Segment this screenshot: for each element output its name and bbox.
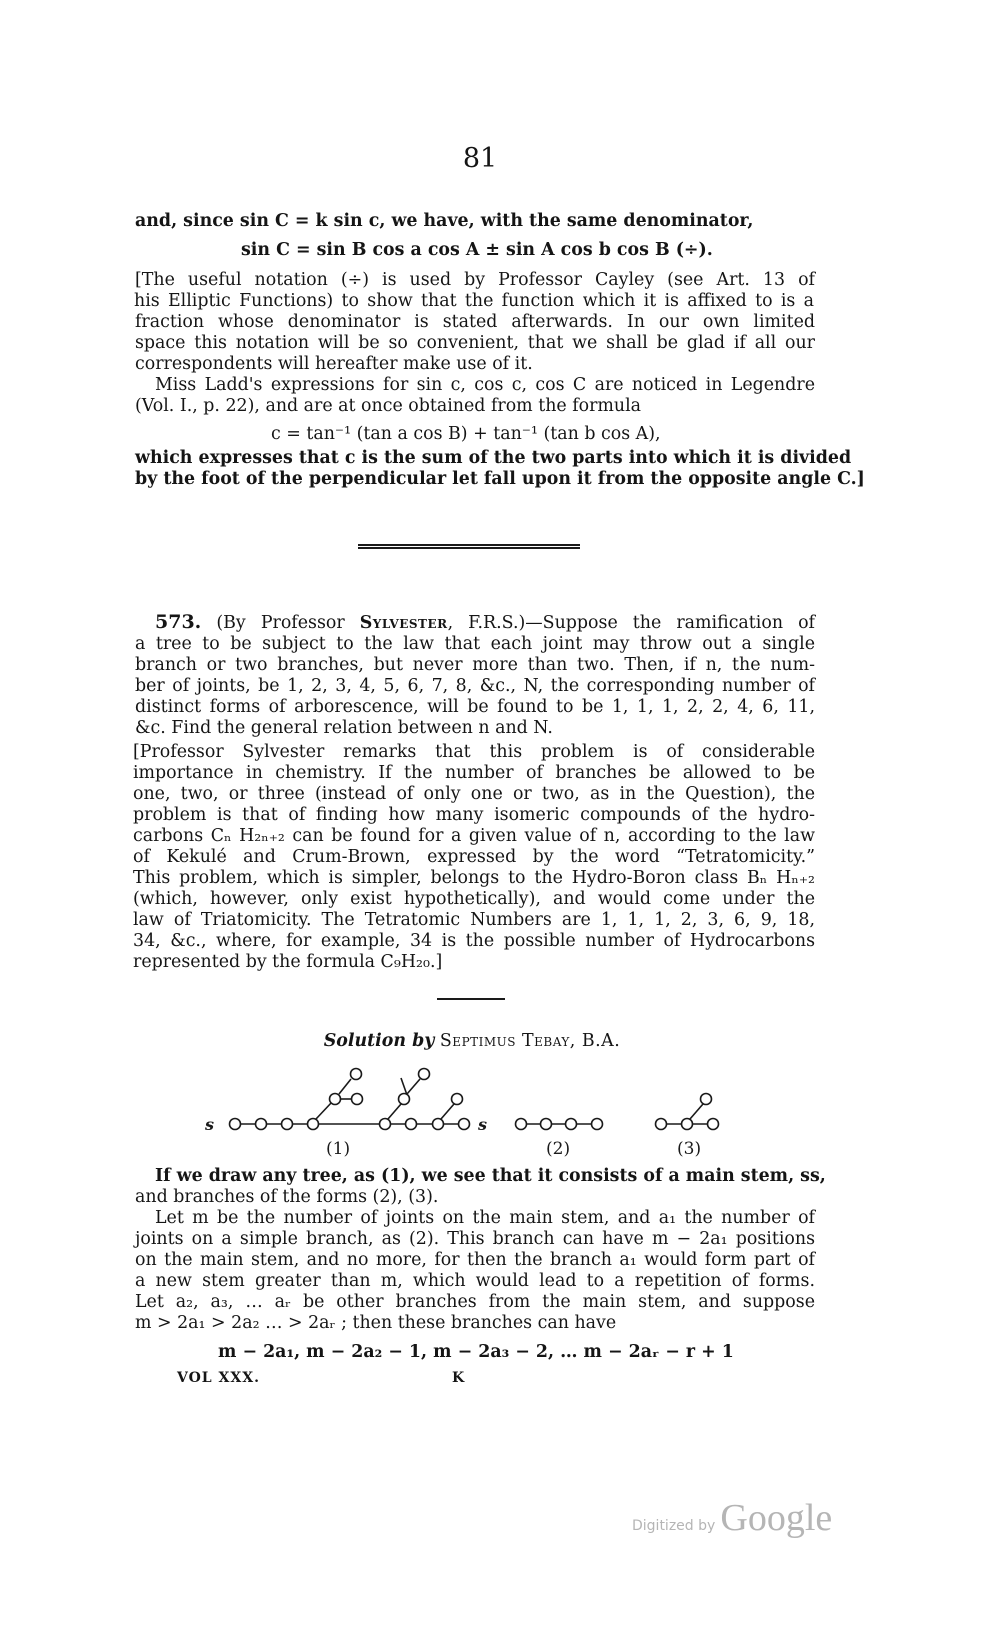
remark-line: 34, &c., where, for example, 34 is the p… <box>133 931 815 952</box>
question-line: &c. Find the general relation between n … <box>135 718 815 739</box>
digitized-watermark: Digitized by Google <box>632 1496 832 1540</box>
remark-line: importance in chemistry. If the number o… <box>133 763 815 784</box>
question-line: distinct forms of arborescence, will be … <box>135 697 815 718</box>
question-author-suffix: , F.R.S.)—Suppose the ramification of <box>448 613 815 633</box>
section-divider <box>437 998 505 1000</box>
remark-line: one, two, or three (instead of only one … <box>133 784 815 805</box>
solution-author: Septimus Tebay, B.A. <box>440 1031 620 1051</box>
equation: m − 2a₁, m − 2a₂ − 1, m − 2a₃ − 2, … m −… <box>218 1342 734 1363</box>
question-line: branch or two branches, but never more t… <box>135 655 815 676</box>
figure-label-2: (2) <box>546 1139 570 1159</box>
remark-line: problem is that of finding how many isom… <box>133 805 815 826</box>
text-line: and, since sin C = k sin c, we have, wit… <box>135 211 815 232</box>
solution-line: Let m be the number of joints on the mai… <box>155 1208 815 1229</box>
solution-line: and branches of the forms (2), (3). <box>135 1187 815 1208</box>
question-number: 573. <box>155 611 201 633</box>
note-line: space this notation will be so convenien… <box>135 333 815 354</box>
solution-heading: Solution by Septimus Tebay, B.A. <box>0 1031 944 1052</box>
solution-line: joints on a simple branch, as (2). This … <box>135 1229 815 1250</box>
text-line: (Vol. I., p. 22), and are at once obtain… <box>135 396 815 417</box>
stem-label-right: s <box>477 1115 487 1134</box>
tree-figure: s s (1) (2) (3) <box>195 1060 735 1160</box>
question-author: Sylvester <box>360 613 448 633</box>
equation: sin C = sin B cos a cos A ± sin A cos b … <box>241 240 713 261</box>
note-line: correspondents will hereafter make use o… <box>135 354 815 375</box>
question-author-prefix: (By Professor <box>216 613 359 633</box>
solution-line: m > 2a₁ > 2a₂ … > 2aᵣ ; then these branc… <box>135 1313 815 1334</box>
remark-line: [Professor Sylvester remarks that this p… <box>133 742 815 763</box>
remark-line: (which, however, only exist hypothetical… <box>133 889 815 910</box>
question-line: a tree to be subject to the law that eac… <box>135 634 815 655</box>
question-header: 573. (By Professor Sylvester, F.R.S.)—Su… <box>155 612 815 634</box>
solution-heading-prefix: Solution by <box>324 1031 435 1051</box>
page-number: 81 <box>0 143 960 174</box>
solution-line: on the main stem, and no more, for then … <box>135 1250 815 1271</box>
remark-line: of Kekulé and Crum-Brown, expressed by t… <box>133 847 815 868</box>
watermark-prefix: Digitized by <box>632 1518 715 1534</box>
note-line: [The useful notation (÷) is used by Prof… <box>135 270 815 291</box>
stem-label-left: s <box>204 1115 214 1134</box>
section-divider <box>358 544 580 549</box>
figure-label-3: (3) <box>677 1139 701 1159</box>
question-line: ber of joints, be 1, 2, 3, 4, 5, 6, 7, 8… <box>135 676 815 697</box>
google-logo: Google <box>720 1497 832 1539</box>
equation: c = tan⁻¹ (tan a cos B) + tan⁻¹ (tan b c… <box>271 424 661 445</box>
note-line: fraction whose denominator is stated aft… <box>135 312 815 333</box>
solution-line: If we draw any tree, as (1), we see that… <box>155 1166 815 1187</box>
text-line: which expresses that c is the sum of the… <box>135 448 815 469</box>
remark-line: law of Triatomicity. The Tetratomic Numb… <box>133 910 815 931</box>
text-line: Miss Ladd's expressions for sin c, cos c… <box>155 375 815 396</box>
figure-label-1: (1) <box>326 1139 350 1159</box>
note-line: his Elliptic Functions) to show that the… <box>134 291 814 312</box>
volume-marker: VOL XXX. <box>177 1370 260 1386</box>
remark-line: This problem, which is simpler, belongs … <box>133 868 815 889</box>
solution-line: a new stem greater than m, which would l… <box>135 1271 815 1292</box>
solution-line: Let a₂, a₃, … aᵣ be other branches from … <box>135 1292 815 1313</box>
text-line: by the foot of the perpendicular let fal… <box>135 469 815 490</box>
remark-line: carbons Cₙ H₂ₙ₊₂ can be found for a give… <box>133 826 815 847</box>
remark-line: represented by the formula C₉H₂₀.] <box>133 952 813 973</box>
signature-mark: K <box>452 1370 465 1386</box>
